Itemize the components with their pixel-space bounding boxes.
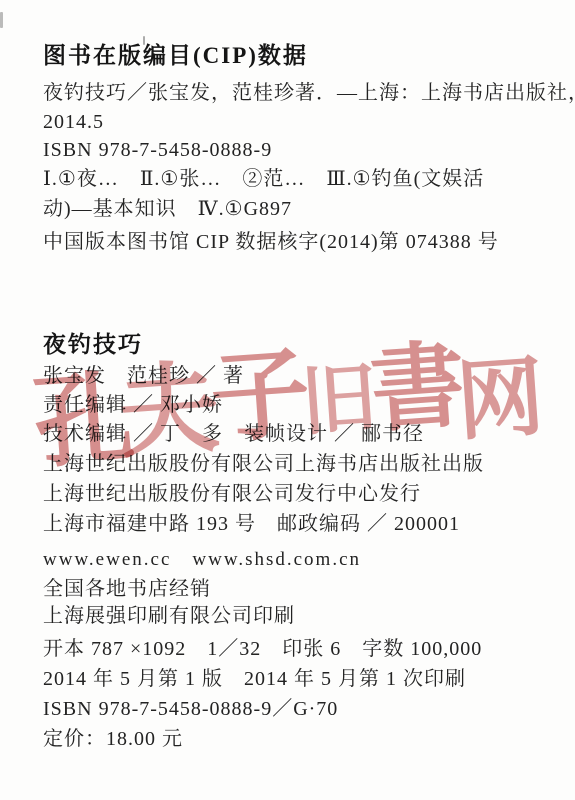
scan-artifact-mark xyxy=(143,36,145,45)
cip-heading: 图书在版编目(CIP)数据 xyxy=(43,41,308,71)
format-line: 开本 787 ×1092 1／32 印张 6 字数 100,000 xyxy=(43,634,482,664)
scan-edge-artifact xyxy=(0,12,3,28)
isbn-code-line: ISBN 978-7-5458-0888-9／G·70 xyxy=(43,694,338,724)
edition-line: 2014 年 5 月第 1 版 2014 年 5 月第 1 次印刷 xyxy=(43,664,466,694)
watermark-char-wang: 网 xyxy=(454,353,547,446)
websites-line: www.ewen.cc www.shsd.com.cn xyxy=(43,545,361,575)
price-line: 定价：18.00 元 xyxy=(43,724,183,754)
tech-editor-design-line: 技术编辑 ／ 丁 多 装帧设计 ／ 郦书径 xyxy=(43,419,424,449)
printer-line: 上海展强印刷有限公司印刷 xyxy=(43,601,295,631)
sales-line: 全国各地书店经销 xyxy=(43,574,211,604)
authors-line: 张宝发 范桂珍 ／ 著 xyxy=(43,361,244,391)
book-title: 夜钓技巧 xyxy=(43,330,143,360)
publisher-line: 上海世纪出版股份有限公司上海书店出版社出版 xyxy=(43,449,484,479)
address-postcode-line: 上海市福建中路 193 号 邮政编码 ／ 200001 xyxy=(43,509,460,539)
cip-subjects-line2: 动)—基本知识 Ⅳ.①G897 xyxy=(43,194,292,224)
book-copyright-page: 图书在版编目(CIP)数据 夜钓技巧／张宝发，范桂珍著．—上海：上海书店出版社，… xyxy=(0,0,575,800)
distributor-line: 上海世纪出版股份有限公司发行中心发行 xyxy=(43,479,421,509)
cip-record-number: 中国版本图书馆 CIP 数据核字(2014)第 074388 号 xyxy=(43,227,499,257)
cip-subjects-line1: Ⅰ.①夜… Ⅱ.①张… ②范… Ⅲ.①钓鱼(文娱活 xyxy=(43,164,484,194)
cip-pub-year: 2014.5 xyxy=(43,107,104,137)
responsible-editor-line: 责任编辑 ／ 邓小娇 xyxy=(43,390,223,420)
cip-title-statement: 夜钓技巧／张宝发，范桂珍著．—上海：上海书店出版社， xyxy=(43,78,575,108)
cip-isbn: ISBN 978-7-5458-0888-9 xyxy=(43,135,272,165)
